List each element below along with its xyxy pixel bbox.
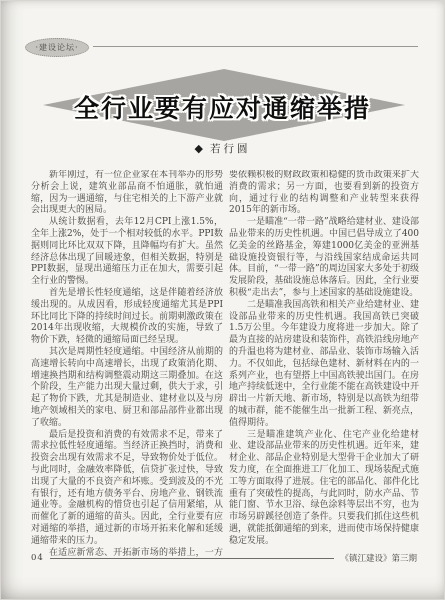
paragraph: 新年刚过，有一位企业家在本刊举办的形势分析会上说，建筑业部品商不怕通胀，就怕通缩…	[31, 170, 223, 217]
paragraph: 从统计数据看，去年12月CPI上涨1.5%，全年上涨2%，处于一个相对较低的水平…	[31, 217, 223, 288]
section-tag: ·建设论坛·	[25, 38, 89, 57]
page-footer: 04 《镇江建设》第三期	[31, 552, 417, 564]
author-line: ◆若行圆	[1, 141, 444, 156]
scanned-magazine-page: ·建设论坛· 全行业要有应对通缩举措 ◆若行圆 新年刚过，有一位企业家在本刊举办…	[0, 0, 445, 600]
right-column: 要依赖积极的财政政策和稳健的货币政策来扩大消费的需求；另一方面，也要看到新的投资…	[229, 170, 419, 560]
page-number: 04	[31, 553, 44, 563]
article-title: 全行业要有应对通缩举措	[1, 89, 444, 125]
diamond-bullet-icon: ◆	[195, 142, 203, 155]
journal-issue: 《镇江建设》第三期	[340, 552, 417, 564]
left-column: 新年刚过，有一位企业家在本刊举办的形势分析会上说，建筑业部品商不怕通胀，就怕通缩…	[31, 170, 223, 558]
paragraph: 一是瞄准“一带一路”战略给建材业、建设部品业带来的历史性机遇。中国已倡导成立了4…	[229, 217, 419, 300]
paragraph-continuation: 要依赖积极的财政政策和稳健的货币政策来扩大消费的需求；另一方面，也要看到新的投资…	[229, 170, 419, 217]
header-rule	[93, 46, 418, 47]
author-name: 若行圆	[210, 143, 251, 155]
paragraph: 二是瞄准我国高铁和相关产业给建材业、建设部品业带来的历史性机遇。我国高铁已突破1…	[229, 300, 419, 430]
paragraph: 最后是投资和消费的有效需求不足，带来了需求拉低性轻度通缩。当经济正换挡时，消费和…	[31, 430, 223, 548]
paragraph: 首先是增长性轻度通缩，这是伴随着经济放缓出现的。从成因看，形成轻度通缩尤其是PP…	[31, 288, 223, 347]
paragraph: 三是瞄准建筑产业化、住宅产业化给建材业、建设部品业带来的历史性机遇。近年来，建材…	[229, 430, 419, 548]
footer-rule	[50, 558, 335, 559]
paragraph: 其次是周期性轻度通缩。中国经济从前期的高速增长转向中高速增长，出现了政策消化期、…	[31, 347, 223, 430]
